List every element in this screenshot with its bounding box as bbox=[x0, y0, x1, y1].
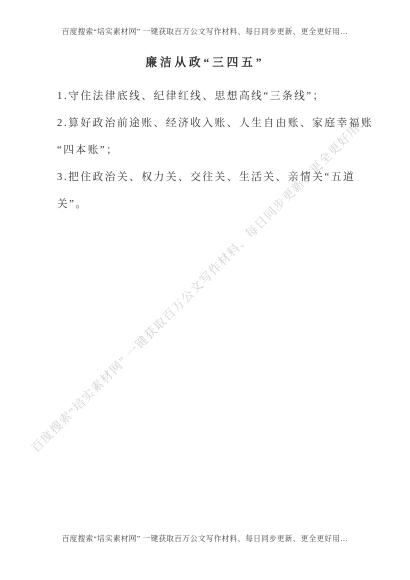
body-line-item-1: 1.守住法律底线、纪律红线、思想高线“三条线”； bbox=[57, 88, 357, 103]
body-line-item-3: 3.把住政治关、权力关、交往关、生活关、亲情关“五道 bbox=[57, 169, 357, 184]
document-page: 百度搜索“培实素材网” 一键获取百万公文写作材料、每日同步更新、更全更好用… 廉… bbox=[0, 0, 410, 580]
page-title: 廉洁从政“三四五” bbox=[0, 54, 410, 70]
body-line-item-2: 2.算好政治前途账、经济收入账、人生自由账、家庭幸福账 bbox=[57, 115, 357, 130]
body-line-item-3-continued: 关”。 bbox=[57, 196, 357, 211]
body-line-item-2-continued: “四本账”； bbox=[57, 142, 357, 157]
footer-promo-note: 百度搜索“培实素材网” 一键获取百万公文写作材料、每日同步更新、更全更好用… bbox=[0, 533, 410, 544]
header-promo-note: 百度搜索“培实素材网” 一键获取百万公文写作材料、每日同步更新、更全更好用… bbox=[0, 26, 410, 37]
diagonal-watermark: 百度搜索“培实素材网” 一键获取百万公文写作材料、每日同步更新、更全更好用… bbox=[27, 110, 373, 456]
